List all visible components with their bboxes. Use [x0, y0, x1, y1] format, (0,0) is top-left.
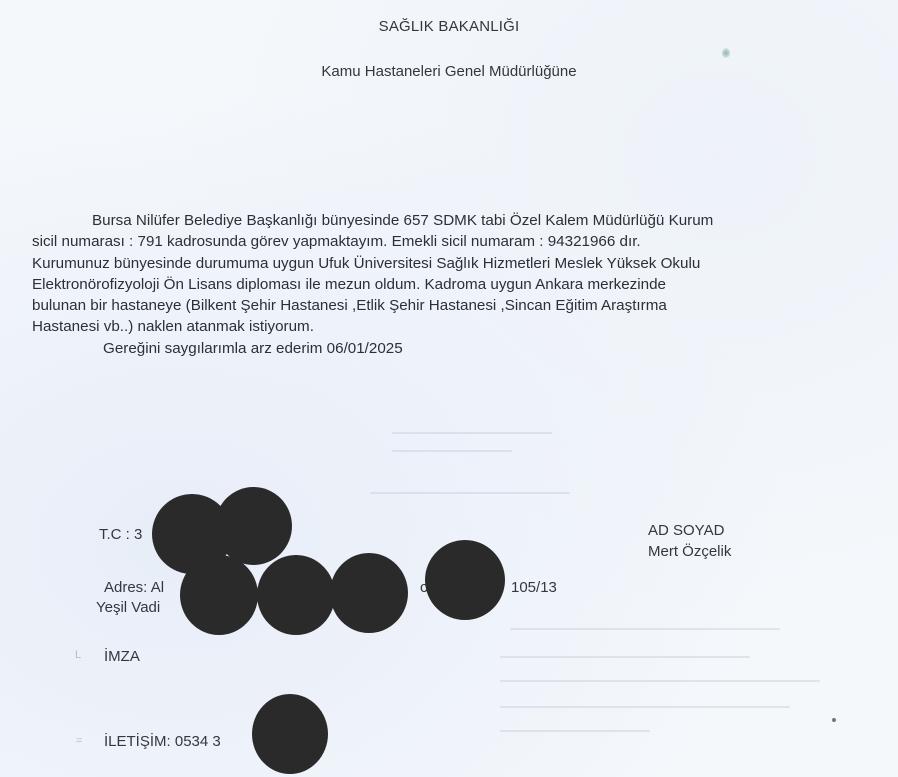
contact-label: İLETİŞİM: 0534 3	[104, 733, 221, 750]
name-value: Mert Özçelik	[648, 543, 731, 560]
redaction-mark	[425, 540, 505, 620]
signature-label: İMZA	[104, 648, 140, 665]
ink-stain	[722, 48, 730, 58]
document-title: SAĞLIK BAKANLIĞI	[0, 18, 898, 35]
tc-label: T.C : 3	[99, 526, 142, 543]
address-line-1: Adres: Al	[104, 579, 164, 596]
body-line: sicil numarası : 791 kadrosunda görev ya…	[32, 231, 898, 252]
body-line: Hastanesi vb..) naklen atanmak istiyorum…	[32, 316, 898, 337]
speck	[832, 718, 836, 722]
letter-body: Bursa Nilüfer Belediye Başkanlığı bünyes…	[32, 210, 898, 359]
show-through-text	[510, 628, 780, 630]
body-line: Kurumunuz bünyesinde durumuma uygun Ufuk…	[32, 253, 898, 274]
margin-mark: L	[75, 649, 81, 661]
body-line: Elektronörofizyoloji Ön Lisans diploması…	[32, 274, 898, 295]
body-line: Bursa Nilüfer Belediye Başkanlığı bünyes…	[32, 210, 898, 231]
redaction-mark	[180, 555, 258, 635]
show-through-text	[392, 432, 552, 434]
show-through-text	[370, 492, 570, 494]
address-number: 105/13	[511, 579, 557, 596]
closing-line: Gereğini saygılarımla arz ederim 06/01/2…	[32, 338, 898, 359]
show-through-text	[392, 450, 512, 452]
show-through-text	[500, 680, 820, 682]
margin-mark: =	[76, 735, 82, 747]
redaction-mark	[330, 553, 408, 633]
name-label: AD SOYAD	[648, 522, 724, 539]
show-through-text	[500, 656, 750, 658]
show-through-text	[500, 706, 790, 708]
redaction-mark	[215, 487, 292, 565]
redaction-mark	[252, 694, 328, 774]
show-through-text	[500, 730, 650, 732]
scanned-letter-page: SAĞLIK BAKANLIĞI Kamu Hastaneleri Genel …	[0, 0, 898, 777]
document-addressee: Kamu Hastaneleri Genel Müdürlüğüne	[0, 63, 898, 80]
body-line: bulunan bir hastaneye (Bilkent Şehir Has…	[32, 295, 898, 316]
redaction-mark	[257, 555, 335, 635]
address-line-2: Yeşil Vadi	[96, 599, 160, 616]
